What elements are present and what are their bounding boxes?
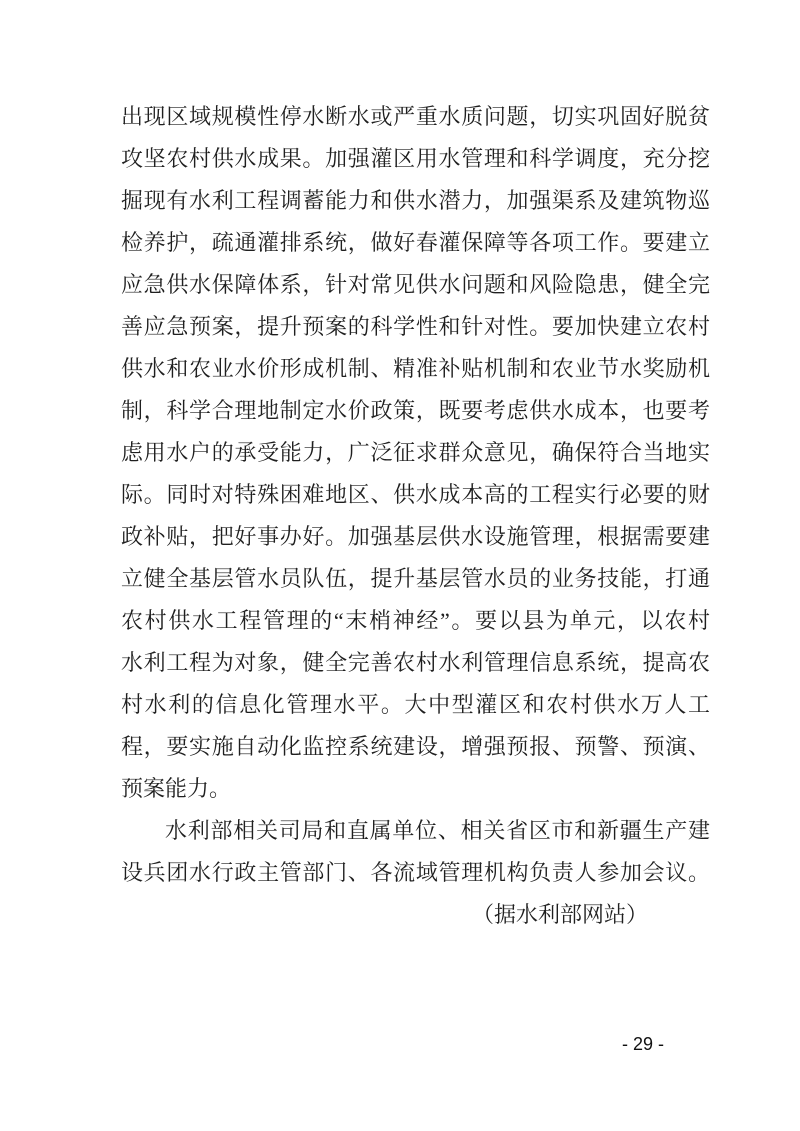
body-line: 出现区域规模性停水断水或严重水质问题，切实巩固好脱贫 xyxy=(121,96,710,138)
body-line: 供水和农业水价形成机制、精准补贴机制和农业节水奖励机 xyxy=(121,348,710,390)
body-line: 水利工程为对象，健全完善农村水利管理信息系统，提高农 xyxy=(121,642,710,684)
body-text-block: 出现区域规模性停水断水或严重水质问题，切实巩固好脱贫 攻坚农村供水成果。加强灌区… xyxy=(121,96,710,936)
body-line: 政补贴，把好事办好。加强基层供水设施管理，根据需要建 xyxy=(121,516,710,558)
body-line: 制，科学合理地制定水价政策，既要考虑供水成本，也要考 xyxy=(121,390,710,432)
body-line: 善应急预案，提升预案的科学性和针对性。要加快建立农村 xyxy=(121,306,710,348)
document-page: 出现区域规模性停水断水或严重水质问题，切实巩固好脱贫 攻坚农村供水成果。加强灌区… xyxy=(0,0,800,1131)
body-line: 程，要实施自动化监控系统建设，增强预报、预警、预演、 xyxy=(121,726,710,768)
body-line-paragraph-end: 预案能力。 xyxy=(121,768,710,810)
body-line: 村水利的信息化管理水平。大中型灌区和农村供水万人工 xyxy=(121,684,710,726)
body-line: 掘现有水利工程调蓄能力和供水潜力，加强渠系及建筑物巡 xyxy=(121,180,710,222)
body-line: 攻坚农村供水成果。加强灌区用水管理和科学调度，充分挖 xyxy=(121,138,710,180)
body-line: 设兵团水行政主管部门、各流域管理机构负责人参加会议。 xyxy=(121,852,710,894)
body-line: 检养护，疏通灌排系统，做好春灌保障等各项工作。要建立 xyxy=(121,222,710,264)
body-line: 际。同时对特殊困难地区、供水成本高的工程实行必要的财 xyxy=(121,474,710,516)
body-line: 立健全基层管水员队伍，提升基层管水员的业务技能，打通 xyxy=(121,558,710,600)
source-attribution-line: （据水利部网站） xyxy=(121,894,710,936)
body-line: 农村供水工程管理的“末梢神经”。要以县为单元，以农村 xyxy=(121,600,710,642)
body-line: 虑用水户的承受能力，广泛征求群众意见，确保符合当地实 xyxy=(121,432,710,474)
page-number: - 29 - xyxy=(593,1034,693,1055)
body-line: 应急供水保障体系，针对常见供水问题和风险隐患，健全完 xyxy=(121,264,710,306)
body-line-paragraph-start: 水利部相关司局和直属单位、相关省区市和新疆生产建 xyxy=(121,810,710,852)
